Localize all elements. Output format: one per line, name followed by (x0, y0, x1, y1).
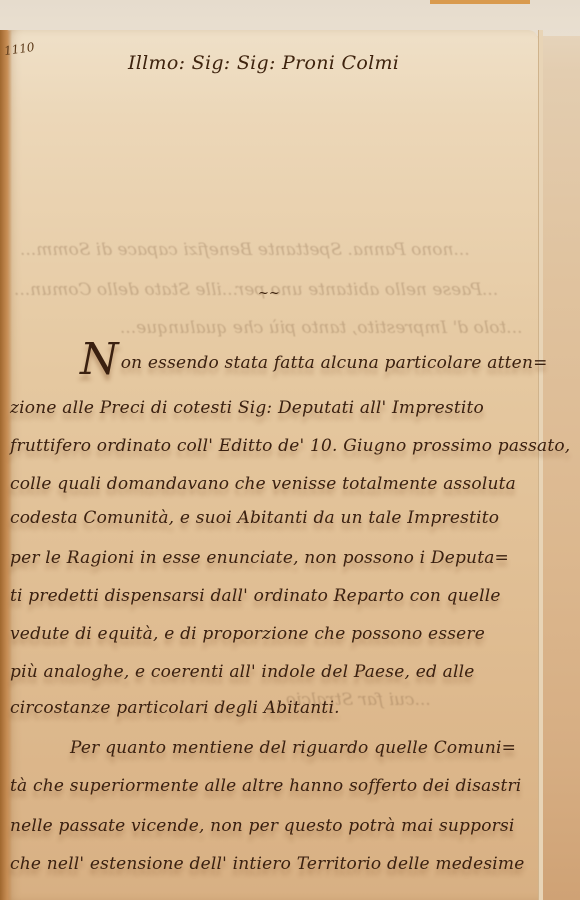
top-edge-accent (430, 0, 530, 4)
bleed-through-line: ...tolo d' Imprestito, tanto più che qua… (120, 318, 522, 338)
text-line-8: vedute di equità, e di proporzione che p… (10, 624, 485, 644)
text-line-6: per le Ragioni in esse enunciate, non po… (10, 548, 509, 568)
text-line-3: fruttifero ordinato coll' Editto de' 10.… (10, 436, 570, 456)
page-right-edge (538, 30, 543, 900)
bleed-through-line: ...nono Panna. Spettante Benefizi capace… (20, 240, 470, 260)
text-line-12: tà che superiormente alle altre hanno so… (10, 776, 521, 796)
text-line-14: che nell' estensione dell' intiero Terri… (10, 854, 525, 874)
text-line-7: ti predetti dispensarsi dall' ordinato R… (10, 586, 501, 606)
text-line-2: zione alle Preci di cotesti Sig: Deputat… (10, 398, 484, 418)
text-line-4: colle quali domandavano che venisse tota… (10, 474, 516, 494)
text-line-13: nelle passate vicende, non per questo po… (10, 816, 515, 836)
text-line-5: codesta Comunità, e suoi Abitanti da un … (10, 508, 499, 528)
text-line-11: Per quanto mentiene del riguardo quelle … (70, 738, 516, 758)
text-line-9: più analoghe, e coerenti all' indole del… (10, 662, 475, 682)
drop-cap: N (80, 334, 119, 385)
center-flourish-mark: ~~ (258, 286, 280, 301)
manuscript-page (6, 30, 538, 900)
bleed-through-line: ...Paese nello abitante uno per...ille S… (14, 280, 498, 300)
text-line-1: Non essendo stata fatta alcuna particola… (80, 338, 548, 382)
book-binding-shadow (0, 30, 12, 900)
salutation-heading: Illmo: Sig: Sig: Proni Colmi (128, 52, 399, 74)
text-line-10: circostanze particolari degli Abitanti. (10, 698, 340, 718)
text-line-content: on essendo stata fatta alcuna particolar… (121, 353, 548, 373)
